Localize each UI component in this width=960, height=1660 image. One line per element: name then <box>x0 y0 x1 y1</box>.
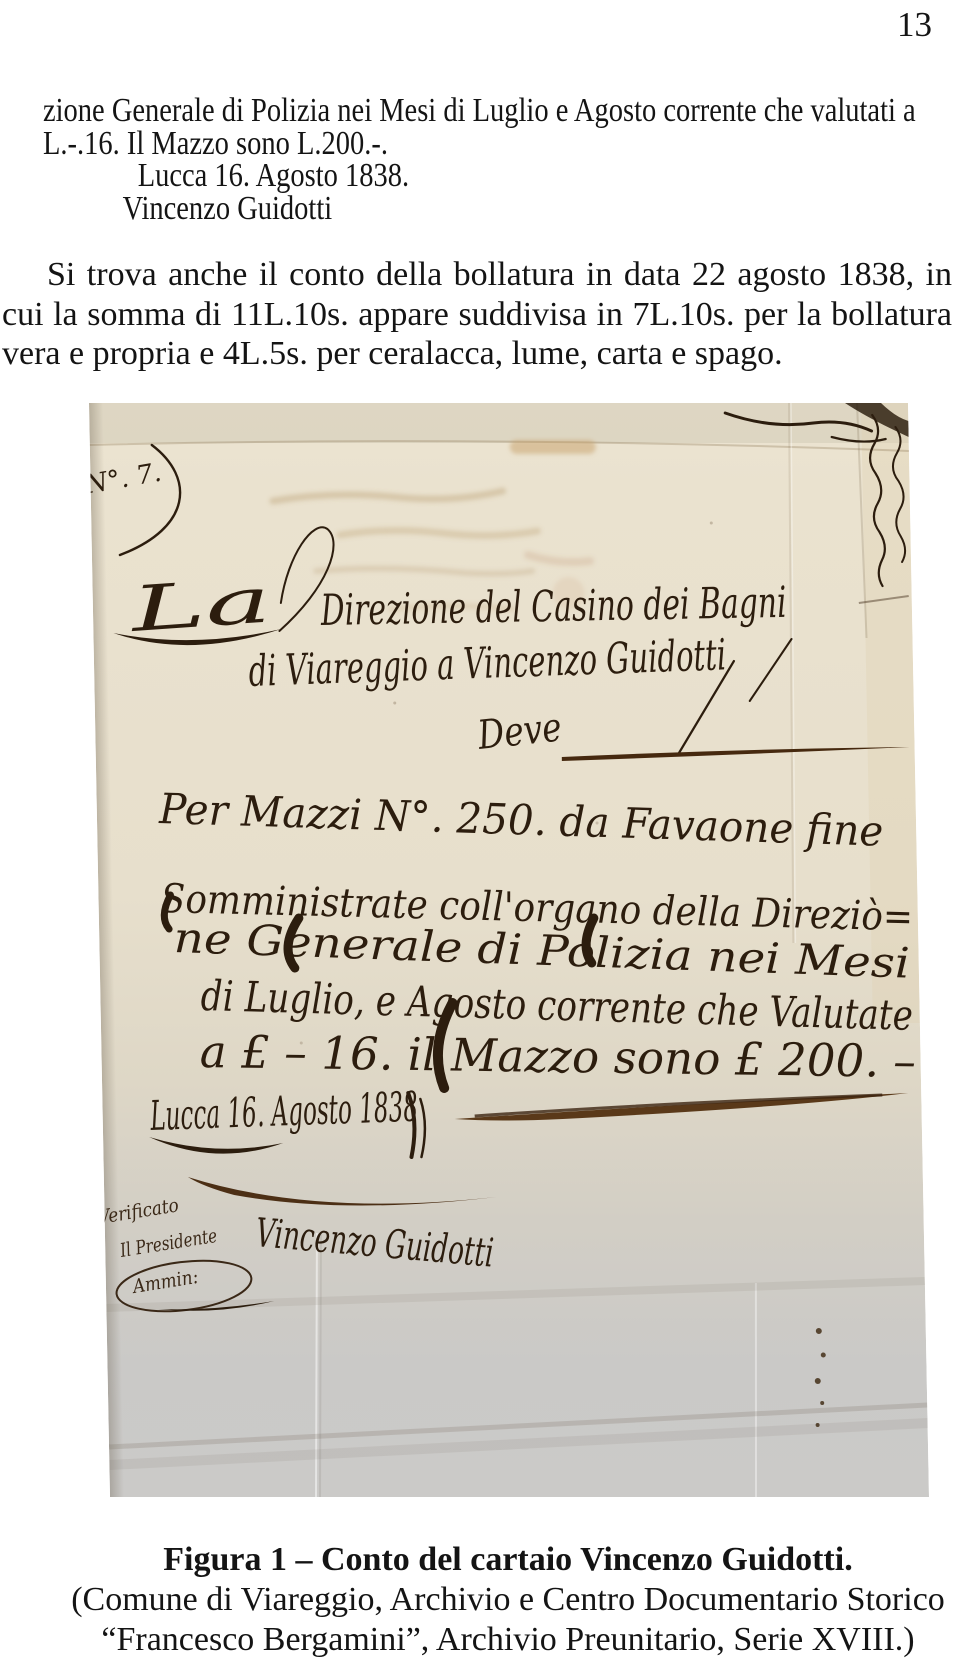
quote-line-1: zione Generale di Polizia nei Mesi di Lu… <box>43 95 915 128</box>
body-paragraph: Si trova anche il conto della bollatura … <box>2 255 952 374</box>
caption-title: Figura 1 – Conto del cartaio Vincenzo Gu… <box>56 1540 960 1580</box>
manuscript-photo: N°. 7. La Direzione del Casino dei Bagni… <box>89 403 929 1497</box>
quote-line-4: Vincenzo Guidotti <box>43 193 915 226</box>
manuscript-line-1: Direzione del Casino dei Bagni <box>319 578 787 636</box>
manuscript-line-9: Lucca 16. Agosto 1838 <box>148 1083 419 1140</box>
quote-line-3: Lucca 16. Agosto 1838. <box>43 160 915 193</box>
manuscript-line-la: La <box>126 563 274 646</box>
caption-source-line-2: “Francesco Bergamini”, Archivio Preunita… <box>56 1620 960 1660</box>
quote-block: zione Generale di Polizia nei Mesi di Lu… <box>43 95 915 225</box>
quote-line-2: L.-.16. Il Mazzo sono L.200.-. <box>43 128 915 161</box>
paragraph-line-3: vera e propria e 4L.5s. per ceralacca, l… <box>2 334 952 374</box>
document-page: 13 zione Generale di Polizia nei Mesi di… <box>0 0 960 1660</box>
manuscript-photo-canvas: N°. 7. La Direzione del Casino dei Bagni… <box>89 403 929 1497</box>
manuscript-line-3: Deve <box>474 704 564 759</box>
caption-source-line-1: (Comune di Viareggio, Archivio e Centro … <box>56 1580 960 1620</box>
paragraph-line-2: cui la somma di 11L.10s. appare suddivis… <box>2 295 952 335</box>
manuscript-line-8: a £ – 16. il Mazzo sono £ 200. – <box>200 1025 916 1088</box>
paper-top-strip <box>89 403 909 443</box>
page-number: 13 <box>897 6 932 44</box>
paragraph-line-1: Si trova anche il conto della bollatura … <box>2 255 952 295</box>
figure-caption: Figura 1 – Conto del cartaio Vincenzo Gu… <box>56 1540 960 1660</box>
